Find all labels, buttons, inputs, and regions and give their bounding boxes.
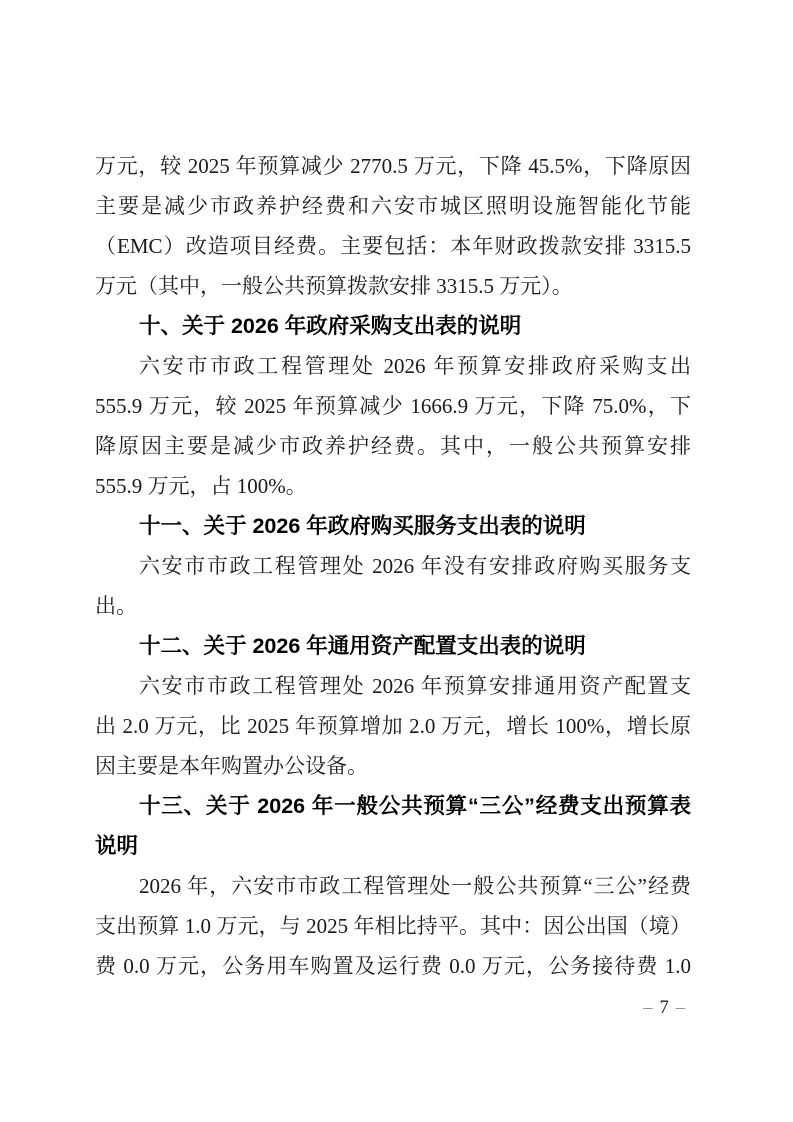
paragraph-line: 万元，较 2025 年预算减少 2770.5 万元，下降 45.5%，下降原因 <box>95 146 691 186</box>
document-page: 万元，较 2025 年预算减少 2770.5 万元，下降 45.5%，下降原因主… <box>0 0 793 1122</box>
paragraph-line: 六安市市政工程管理处 2026 年没有安排政府购买服务支 <box>95 546 691 586</box>
paragraph-line: 费 0.0 万元，公务用车购置及运行费 0.0 万元，公务接待费 1.0 <box>95 946 691 986</box>
paragraph-line: 支出预算 1.0 万元，与 2025 年相比持平。其中：因公出国（境） <box>95 906 691 946</box>
paragraph-line: 主要是减少市政养护经费和六安市城区照明设施智能化节能 <box>95 186 691 226</box>
paragraph-line: 万元（其中，一般公共预算拨款安排 3315.5 万元）。 <box>95 266 691 306</box>
paragraph-line: 六安市市政工程管理处 2026 年预算安排通用资产配置支 <box>95 666 691 706</box>
paragraph-line: 降原因主要是减少市政养护经费。其中，一般公共预算安排 <box>95 426 691 466</box>
document-body: 万元，较 2025 年预算减少 2770.5 万元，下降 45.5%，下降原因主… <box>95 146 691 986</box>
heading-line: 十二、关于 2026 年通用资产配置支出表的说明 <box>95 626 691 666</box>
paragraph-line: 六安市市政工程管理处 2026 年预算安排政府采购支出 <box>95 346 691 386</box>
paragraph-line: 2026 年，六安市市政工程管理处一般公共预算“三公”经费 <box>95 866 691 906</box>
page-number: –7– <box>637 998 692 1019</box>
page-number-left-dash: – <box>637 998 659 1018</box>
heading-line: 说明 <box>95 826 691 866</box>
heading-line: 十一、关于 2026 年政府购买服务支出表的说明 <box>95 506 691 546</box>
heading-line: 十、关于 2026 年政府采购支出表的说明 <box>95 306 691 346</box>
heading-line: 十三、关于 2026 年一般公共预算“三公”经费支出预算表的 <box>95 786 691 826</box>
paragraph-line: 出 2.0 万元，比 2025 年预算增加 2.0 万元，增长 100%，增长原 <box>95 706 691 746</box>
paragraph-line: （EMC）改造项目经费。主要包括：本年财政拨款安排 3315.5 <box>95 226 691 266</box>
paragraph-line: 因主要是本年购置办公设备。 <box>95 746 691 786</box>
paragraph-line: 555.9 万元，较 2025 年预算减少 1666.9 万元，下降 75.0%… <box>95 386 691 426</box>
page-number-right-dash: – <box>670 998 692 1018</box>
paragraph-line: 出。 <box>95 586 691 626</box>
page-number-value: 7 <box>660 998 670 1018</box>
paragraph-line: 555.9 万元，占 100%。 <box>95 466 691 506</box>
